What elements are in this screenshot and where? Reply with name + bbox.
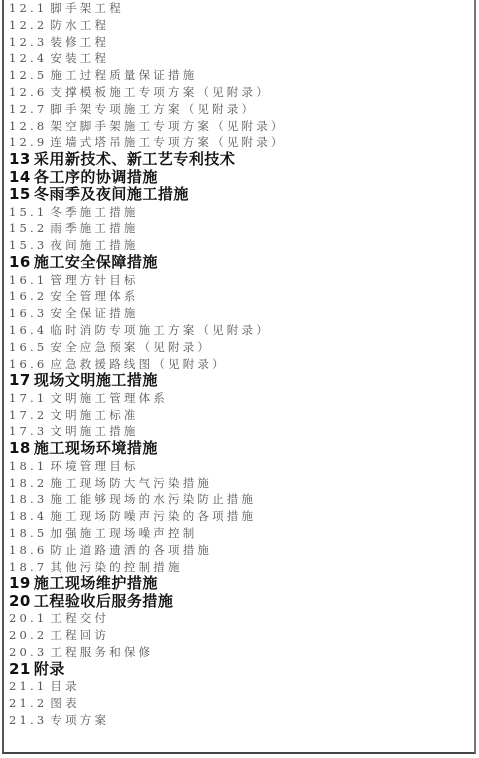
toc-subsection-item: 16.3安全保证措施 [9, 305, 474, 322]
toc-subsection-item: 15.1冬季施工措施 [9, 204, 474, 221]
toc-number: 21.2 [9, 696, 47, 710]
toc-title: 文明施工措施 [50, 424, 138, 438]
toc-number: 15.1 [9, 205, 47, 219]
toc-title: 各工序的协调措施 [34, 168, 158, 186]
toc-subsection-item: 12.8架空脚手架施工专项方案（见附录） [9, 118, 474, 135]
toc-title: 加强施工现场噪声控制 [50, 526, 197, 540]
toc-section-heading: 19施工现场维护措施 [9, 575, 474, 593]
toc-title: 文明施工标准 [50, 408, 138, 422]
toc-number: 18.1 [9, 459, 47, 473]
toc-title: 工程服务和保修 [50, 645, 153, 659]
toc-number: 18.6 [9, 543, 47, 557]
toc-title: 安装工程 [50, 51, 109, 65]
toc-title: 施工安全保障措施 [34, 253, 158, 271]
toc-subsection-item: 18.1环境管理目标 [9, 458, 474, 475]
toc-title: 应急救援路线图（见附录） [50, 357, 226, 371]
toc-number: 20.1 [9, 611, 47, 625]
toc-number: 18.5 [9, 526, 47, 540]
toc-number: 17.2 [9, 408, 47, 422]
toc-subsection-item: 20.3工程服务和保修 [9, 644, 474, 661]
toc-number: 16.1 [9, 273, 47, 287]
toc-subsection-item: 16.6应急救援路线图（见附录） [9, 356, 474, 373]
toc-title: 工程交付 [50, 611, 109, 625]
toc-number: 21 [9, 660, 31, 678]
toc-subsection-item: 18.5加强施工现场噪声控制 [9, 525, 474, 542]
toc-title: 防止道路遗洒的各项措施 [50, 543, 212, 557]
toc-title: 施工现场环境措施 [34, 439, 158, 457]
toc-number: 15.2 [9, 221, 47, 235]
toc-title: 工程回访 [50, 628, 109, 642]
toc-title: 施工现场维护措施 [34, 574, 158, 592]
toc-number: 18.4 [9, 509, 47, 523]
toc-subsection-item: 12.2防水工程 [9, 17, 474, 34]
toc-title: 采用新技术、新工艺专利技术 [34, 150, 236, 168]
toc-title: 临时消防专项施工方案（见附录） [50, 323, 271, 337]
toc-title: 安全应急预案（见附录） [50, 340, 212, 354]
toc-number: 19 [9, 574, 31, 592]
toc-title: 脚手架工程 [50, 1, 124, 15]
toc-subsection-item: 21.2图表 [9, 695, 474, 712]
toc-subsection-item: 12.9连墙式塔吊施工专项方案（见附录） [9, 134, 474, 151]
toc-number: 20.2 [9, 628, 47, 642]
toc-subsection-item: 16.2安全管理体系 [9, 288, 474, 305]
toc-number: 21.1 [9, 679, 47, 693]
toc-subsection-item: 18.4施工现场防噪声污染的各项措施 [9, 508, 474, 525]
table-of-contents: 12.1脚手架工程12.2防水工程12.3装修工程12.4安装工程12.5施工过… [9, 0, 474, 729]
toc-title: 专项方案 [50, 713, 109, 727]
toc-number: 15.3 [9, 238, 47, 252]
toc-number: 15 [9, 185, 31, 203]
toc-title: 安全管理体系 [50, 289, 138, 303]
toc-section-heading: 17现场文明施工措施 [9, 372, 474, 390]
toc-number: 12.9 [9, 135, 47, 149]
toc-number: 12.1 [9, 1, 47, 15]
toc-number: 17 [9, 371, 31, 389]
toc-subsection-item: 17.1文明施工管理体系 [9, 390, 474, 407]
toc-number: 16 [9, 253, 31, 271]
toc-number: 17.1 [9, 391, 47, 405]
toc-subsection-item: 12.3装修工程 [9, 34, 474, 51]
toc-number: 16.6 [9, 357, 47, 371]
toc-subsection-item: 16.4临时消防专项施工方案（见附录） [9, 322, 474, 339]
toc-number: 16.4 [9, 323, 47, 337]
toc-subsection-item: 15.3夜间施工措施 [9, 237, 474, 254]
toc-subsection-item: 18.7其他污染的控制措施 [9, 559, 474, 576]
toc-subsection-item: 12.5施工过程质量保证措施 [9, 67, 474, 84]
toc-subsection-item: 12.4安装工程 [9, 50, 474, 67]
toc-subsection-item: 16.1管理方针目标 [9, 272, 474, 289]
toc-subsection-item: 17.3文明施工措施 [9, 423, 474, 440]
toc-title: 装修工程 [50, 35, 109, 49]
toc-title: 防水工程 [50, 18, 109, 32]
toc-section-heading: 14各工序的协调措施 [9, 169, 474, 187]
toc-section-heading: 13采用新技术、新工艺专利技术 [9, 151, 474, 169]
toc-title: 施工能够现场的水污染防止措施 [50, 492, 256, 506]
toc-subsection-item: 18.6防止道路遗洒的各项措施 [9, 542, 474, 559]
toc-number: 12.5 [9, 68, 47, 82]
toc-section-heading: 18施工现场环境措施 [9, 440, 474, 458]
toc-section-heading: 21附录 [9, 661, 474, 679]
toc-title: 施工过程质量保证措施 [50, 68, 197, 82]
toc-number: 14 [9, 168, 31, 186]
toc-title: 其他污染的控制措施 [50, 560, 182, 574]
toc-title: 文明施工管理体系 [50, 391, 168, 405]
toc-title: 图表 [50, 696, 79, 710]
toc-subsection-item: 20.2工程回访 [9, 627, 474, 644]
toc-section-heading: 20工程验收后服务措施 [9, 593, 474, 611]
toc-title: 环境管理目标 [50, 459, 138, 473]
toc-number: 20 [9, 592, 31, 610]
toc-title: 安全保证措施 [50, 306, 138, 320]
toc-section-heading: 15冬雨季及夜间施工措施 [9, 186, 474, 204]
toc-subsection-item: 21.3专项方案 [9, 712, 474, 729]
toc-title: 支撑模板施工专项方案（见附录） [50, 85, 271, 99]
toc-subsection-item: 18.3施工能够现场的水污染防止措施 [9, 491, 474, 508]
toc-subsection-item: 12.6支撑模板施工专项方案（见附录） [9, 84, 474, 101]
toc-number: 21.3 [9, 713, 47, 727]
toc-number: 18.2 [9, 476, 47, 490]
toc-number: 12.7 [9, 102, 47, 116]
toc-number: 16.5 [9, 340, 47, 354]
toc-title: 目录 [50, 679, 79, 693]
toc-title: 脚手架专项施工方案（见附录） [50, 102, 256, 116]
toc-number: 17.3 [9, 424, 47, 438]
toc-number: 13 [9, 150, 31, 168]
toc-number: 12.2 [9, 18, 47, 32]
toc-title: 架空脚手架施工专项方案（见附录） [50, 119, 285, 133]
toc-title: 管理方针目标 [50, 273, 138, 287]
toc-title: 施工现场防大气污染措施 [50, 476, 212, 490]
toc-subsection-item: 15.2雨季施工措施 [9, 220, 474, 237]
toc-number: 20.3 [9, 645, 47, 659]
toc-title: 附录 [34, 660, 65, 678]
toc-number: 18.7 [9, 560, 47, 574]
toc-number: 18.3 [9, 492, 47, 506]
toc-title: 工程验收后服务措施 [34, 592, 174, 610]
toc-number: 16.2 [9, 289, 47, 303]
toc-number: 18 [9, 439, 31, 457]
toc-title: 施工现场防噪声污染的各项措施 [50, 509, 256, 523]
toc-title: 冬季施工措施 [50, 205, 138, 219]
document-page: 12.1脚手架工程12.2防水工程12.3装修工程12.4安装工程12.5施工过… [2, 0, 476, 754]
toc-number: 12.6 [9, 85, 47, 99]
toc-subsection-item: 12.1脚手架工程 [9, 0, 474, 17]
toc-number: 12.3 [9, 35, 47, 49]
toc-subsection-item: 16.5安全应急预案（见附录） [9, 339, 474, 356]
toc-title: 冬雨季及夜间施工措施 [34, 185, 189, 203]
toc-number: 12.4 [9, 51, 47, 65]
toc-number: 16.3 [9, 306, 47, 320]
toc-subsection-item: 21.1目录 [9, 678, 474, 695]
toc-title: 夜间施工措施 [50, 238, 138, 252]
toc-subsection-item: 20.1工程交付 [9, 610, 474, 627]
toc-title: 现场文明施工措施 [34, 371, 158, 389]
toc-subsection-item: 18.2施工现场防大气污染措施 [9, 475, 474, 492]
toc-subsection-item: 12.7脚手架专项施工方案（见附录） [9, 101, 474, 118]
toc-number: 12.8 [9, 119, 47, 133]
toc-title: 连墙式塔吊施工专项方案（见附录） [50, 135, 285, 149]
toc-section-heading: 16施工安全保障措施 [9, 254, 474, 272]
toc-subsection-item: 17.2文明施工标准 [9, 407, 474, 424]
toc-title: 雨季施工措施 [50, 221, 138, 235]
